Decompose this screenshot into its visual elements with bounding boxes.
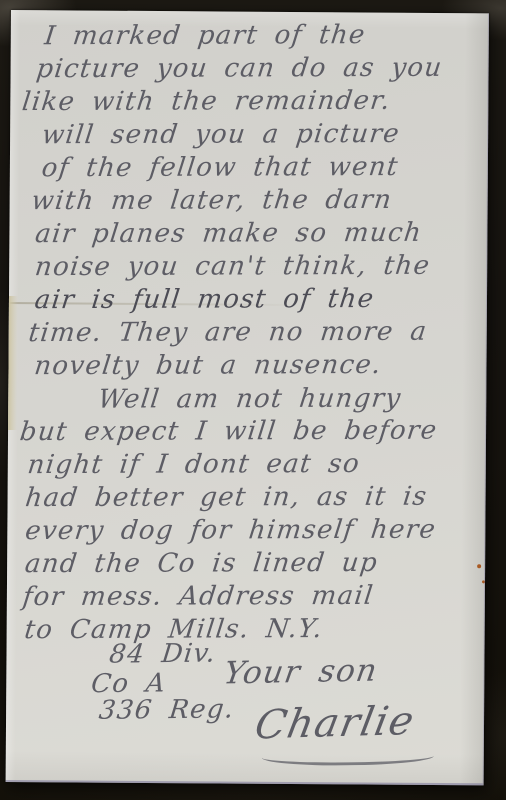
unit-line-division: 84 Div.: [108, 639, 218, 670]
letter-line: picture you can do as you: [34, 52, 489, 87]
letter-body: I marked part of the picture you can do …: [23, 20, 485, 650]
letter-line: will send you a picture: [40, 118, 489, 153]
letter-line: time. They are no more a: [27, 316, 488, 351]
letter-line: of the fellow that went: [40, 151, 489, 186]
photo-background: I marked part of the picture you can do …: [0, 0, 506, 800]
letter-line: night if I dont eat so: [26, 448, 487, 483]
letter-page: I marked part of the picture you can do …: [6, 10, 489, 785]
signature: Charlie: [251, 698, 418, 748]
letter-line: air planes make so much: [33, 217, 488, 252]
letter-line: with me later, the darn: [30, 184, 489, 219]
fold-edge-tint: [8, 296, 18, 430]
unit-line-regiment: 336 Reg.: [97, 694, 236, 725]
letter-line: like with the remainder.: [20, 84, 489, 119]
letter-line: but expect I will be before: [18, 414, 487, 449]
letter-line: for mess. Address mail: [21, 580, 486, 615]
letter-line: novelty but a nusence.: [32, 349, 487, 384]
letter-line: and the Co is lined up: [23, 547, 486, 582]
letter-line: air is full most of the: [33, 283, 488, 318]
signature-flourish: [262, 747, 434, 766]
letter-line: noise you can't think, the: [33, 250, 488, 285]
letter-line: had better get in, as it is: [23, 481, 486, 516]
letter-line: every dog for himself here: [23, 514, 486, 549]
letter-line: I marked part of the: [43, 19, 490, 54]
letter-line: to Camp Mills. N.Y.: [23, 613, 486, 648]
valediction: Your son: [221, 653, 380, 692]
letter-line: Well am not hungry: [96, 382, 486, 416]
